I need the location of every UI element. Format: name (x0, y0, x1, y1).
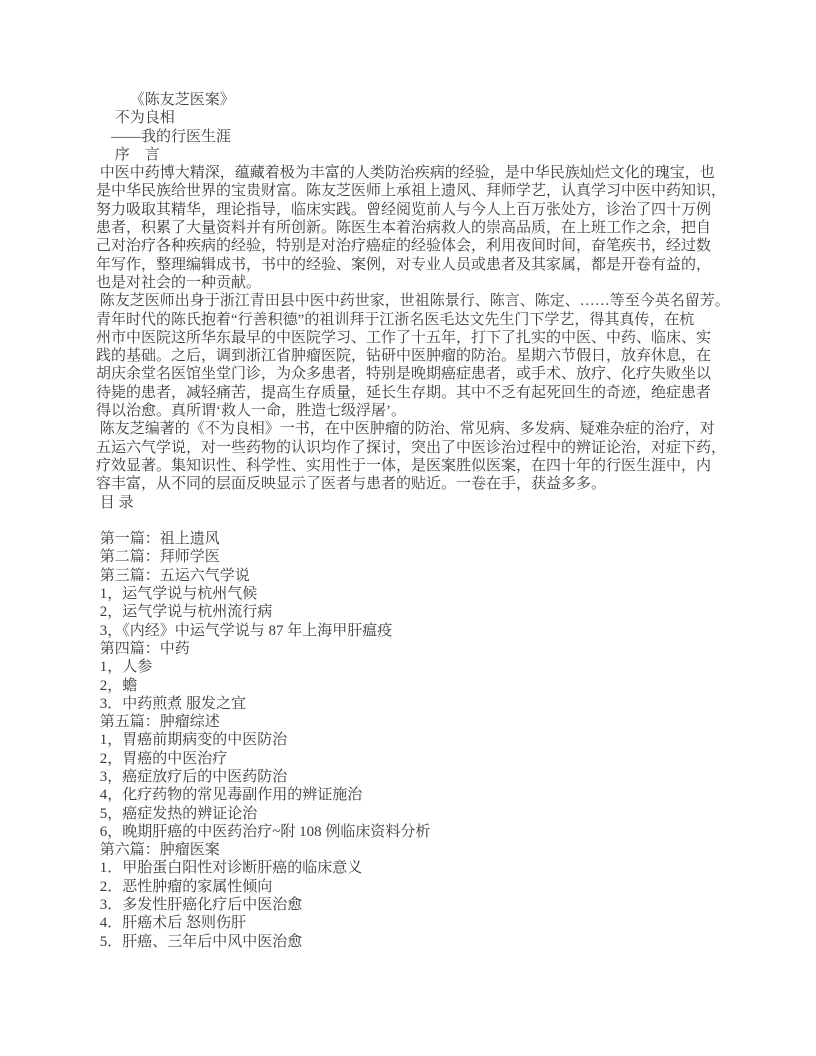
preface-line: 年写作，整理编辑成书，书中的经验、案例，对专业人员或患者及其家属，都是开卷有益的… (96, 256, 736, 274)
preface-block: 中医中药博大精深，蕴藏着极为丰富的人类防治疾病的经验，是中华民族灿烂文化的瑰宝，… (96, 164, 736, 493)
preface-line: 胡庆余堂名医馆坐堂门诊，为众多患者，特别是晚期癌症患者，或手术、放疗、化疗失败坐… (96, 365, 736, 383)
toc-line: 第五篇：肿瘤综述 (96, 713, 736, 731)
preface-line: 州市中医院这所华东最早的中医院学习、工作了十五年，打下了扎实的中医、中药、临床、… (96, 329, 736, 347)
title-line: 《陈友芝医案》 (96, 91, 736, 109)
toc-line: 第二篇：拜师学医 (96, 548, 736, 566)
preface-line: 疗效显著。集知识性、科学性、实用性于一体，是医案胜似医案，在四十年的行医生涯中，… (96, 457, 736, 475)
toc-line: 第一篇：祖上遗风 (96, 530, 736, 548)
toc-line: 1，人参 (96, 658, 736, 676)
preface-line: 己对治疗各种疾病的经验，特别是对治疗癌症的经验体会，利用夜间时间，奋笔疾书，经过… (96, 237, 736, 255)
toc-line: 第四篇：中药 (96, 640, 736, 658)
preface-line: 是中华民族给世界的宝贵财富。陈友芝医师上承祖上遗风、拜师学艺，认真学习中医中药知… (96, 182, 736, 200)
toc-line: 3，癌症放疗后的中医药防治 (96, 768, 736, 786)
toc-line: 1，胃癌前期病变的中医防治 (96, 731, 736, 749)
toc-line: 第三篇：五运六气学说 (96, 567, 736, 585)
toc-line: 第六篇：肿瘤医案 (96, 841, 736, 859)
preface-line: 也是对社会的一种贡献。 (96, 274, 736, 292)
toc-line: 5，癌症发热的辨证论治 (96, 805, 736, 823)
title-block: 《陈友芝医案》 不为良相 ——我的行医生涯 序 言 (96, 91, 736, 164)
toc-line: 4，化疗药物的常见毒副作用的辨证施治 (96, 786, 736, 804)
toc-line: 2．恶性肿瘤的家属性倾向 (96, 878, 736, 896)
toc-line: 4．肝癌术后 怒则伤肝 (96, 914, 736, 932)
toc-line: 2，蟾 (96, 677, 736, 695)
toc-line: 6，晚期肝癌的中医药治疗~附 108 例临床资料分析 (96, 823, 736, 841)
toc-line: 2，运气学说与杭州流行病 (96, 603, 736, 621)
document-page: 《陈友芝医案》 不为良相 ——我的行医生涯 序 言 中医中药博大精深，蕴藏着极为… (0, 0, 816, 1056)
document-text: 《陈友芝医案》 不为良相 ——我的行医生涯 序 言 中医中药博大精深，蕴藏着极为… (96, 91, 736, 951)
toc-block: 第一篇：祖上遗风 第二篇：拜师学医 第三篇：五运六气学说 1，运气学说与杭州气候… (96, 530, 736, 951)
toc-line: 2，胃癌的中医治疗 (96, 750, 736, 768)
preface-line: 中医中药博大精深，蕴藏着极为丰富的人类防治疾病的经验，是中华民族灿烂文化的瑰宝，… (96, 164, 736, 182)
preface-line: 患者，积累了大量资料并有所创新。陈医生本着治病救人的崇高品质，在上班工作之余，把… (96, 219, 736, 237)
toc-line: 1，运气学说与杭州气候 (96, 585, 736, 603)
preface-line: 容丰富，从不同的层面反映显示了医者与患者的贴近。一卷在手，获益多多。 (96, 475, 736, 493)
preface-line: 待毙的患者，减轻痛苦，提高生存质量，延长生存期。其中不乏有起死回生的奇迹，绝症患… (96, 384, 736, 402)
title-line: 序 言 (96, 146, 736, 164)
toc-line: 5．肝癌、三年后中风中医治愈 (96, 933, 736, 951)
preface-line: 陈友芝医师出身于浙江青田县中医中药世家，世祖陈景行、陈言、陈定、……等至今英名留… (96, 292, 736, 310)
title-line: 不为良相 (96, 109, 736, 127)
preface-line: 得以治愈。真所谓‘救人一命，胜造七级浮屠’。 (96, 402, 736, 420)
preface-line: 陈友芝编著的《不为良相》一书，在中医肿瘤的防治、常见病、多发病、疑难杂症的治疗，… (96, 420, 736, 438)
toc-line: 3．多发性肝癌化疗后中医治愈 (96, 896, 736, 914)
preface-line: 践的基础。之后，调到浙江省肿瘤医院，钻研中医肿瘤的防治。星期六节假日，放弃休息，… (96, 347, 736, 365)
toc-heading: 目 录 (96, 494, 736, 512)
toc-line: 3，《内经》中运气学说与 87 年上海甲肝瘟疫 (96, 622, 736, 640)
preface-line: 五运六气学说，对一些药物的认识均作了探讨，突出了中医诊治过程中的辨证论治，对症下… (96, 439, 736, 457)
toc-line: 3．中药煎煮 服发之宜 (96, 695, 736, 713)
toc-line: 1．甲胎蛋白阳性对诊断肝癌的临床意义 (96, 859, 736, 877)
preface-line: 努力吸取其精华，理论指导，临床实践。曾经阅览前人与今人上百万张处方，诊治了四十万… (96, 201, 736, 219)
preface-line: 青年时代的陈氏抱着“行善积德”的祖训拜于江浙名医毛达文先生门下学艺，得其真传，在… (96, 311, 736, 329)
title-line: ——我的行医生涯 (96, 128, 736, 146)
